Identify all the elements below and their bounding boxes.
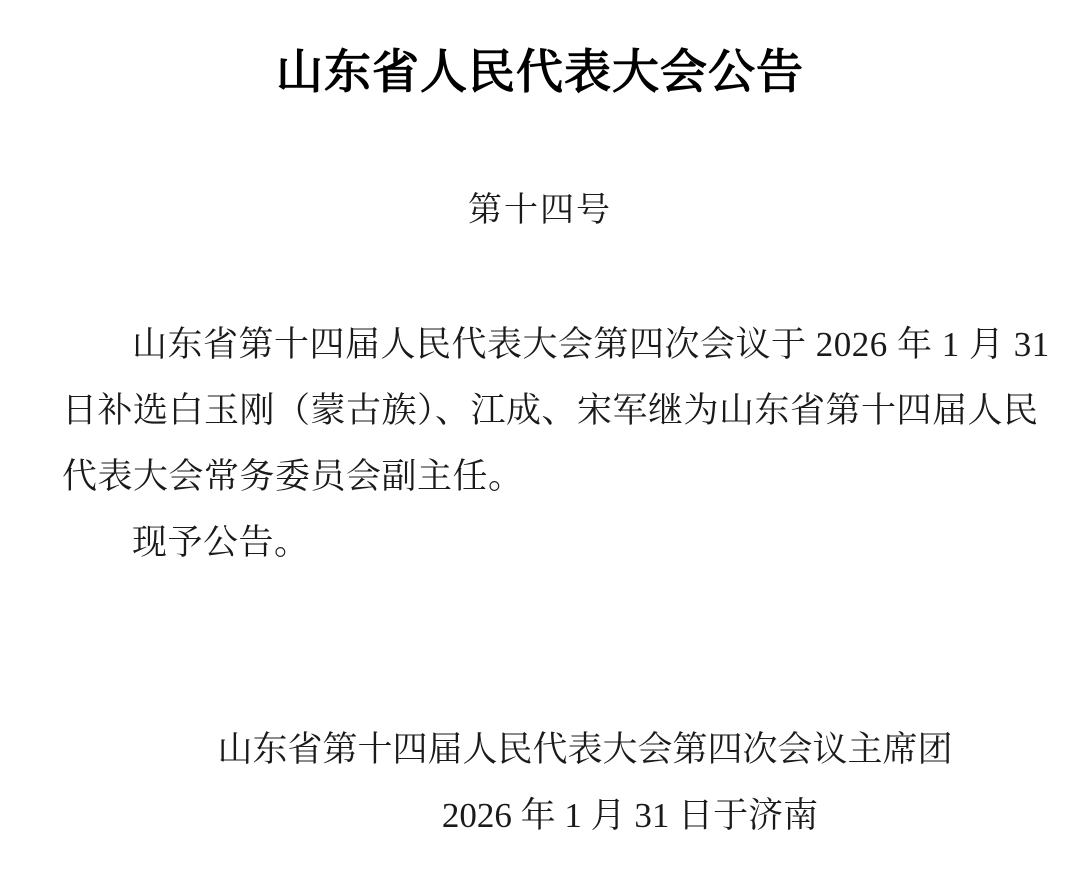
signature-block: 山东省第十四届人民代表大会第四次会议主席团 2026 年 1 月 31 日于济南 xyxy=(0,722,1080,844)
body-paragraph1-line2: 日补选白玉刚（蒙古族）、江成、宋军继为山东省第十四届人民 xyxy=(62,378,1024,444)
body-paragraph1-line3: 代表大会常务委员会副主任。 xyxy=(62,444,1024,510)
issue-number: 第十四号 xyxy=(0,186,1080,236)
body-paragraph1-line1: 山东省第十四届人民代表大会第四次会议于 2026 年 1 月 31 xyxy=(62,312,1024,378)
document-body: 山东省第十四届人民代表大会第四次会议于 2026 年 1 月 31 日补选白玉刚… xyxy=(62,312,1024,576)
body-closing-line: 现予公告。 xyxy=(62,510,1024,576)
signature-date-place: 2026 年 1 月 31 日于济南 xyxy=(90,788,1080,844)
document-title: 山东省人民代表大会公告 xyxy=(0,42,1080,102)
signature-issuer: 山东省第十四届人民代表大会第四次会议主席团 xyxy=(45,722,1080,778)
announcement-document: 山东省人民代表大会公告 第十四号 山东省第十四届人民代表大会第四次会议于 202… xyxy=(0,0,1080,875)
